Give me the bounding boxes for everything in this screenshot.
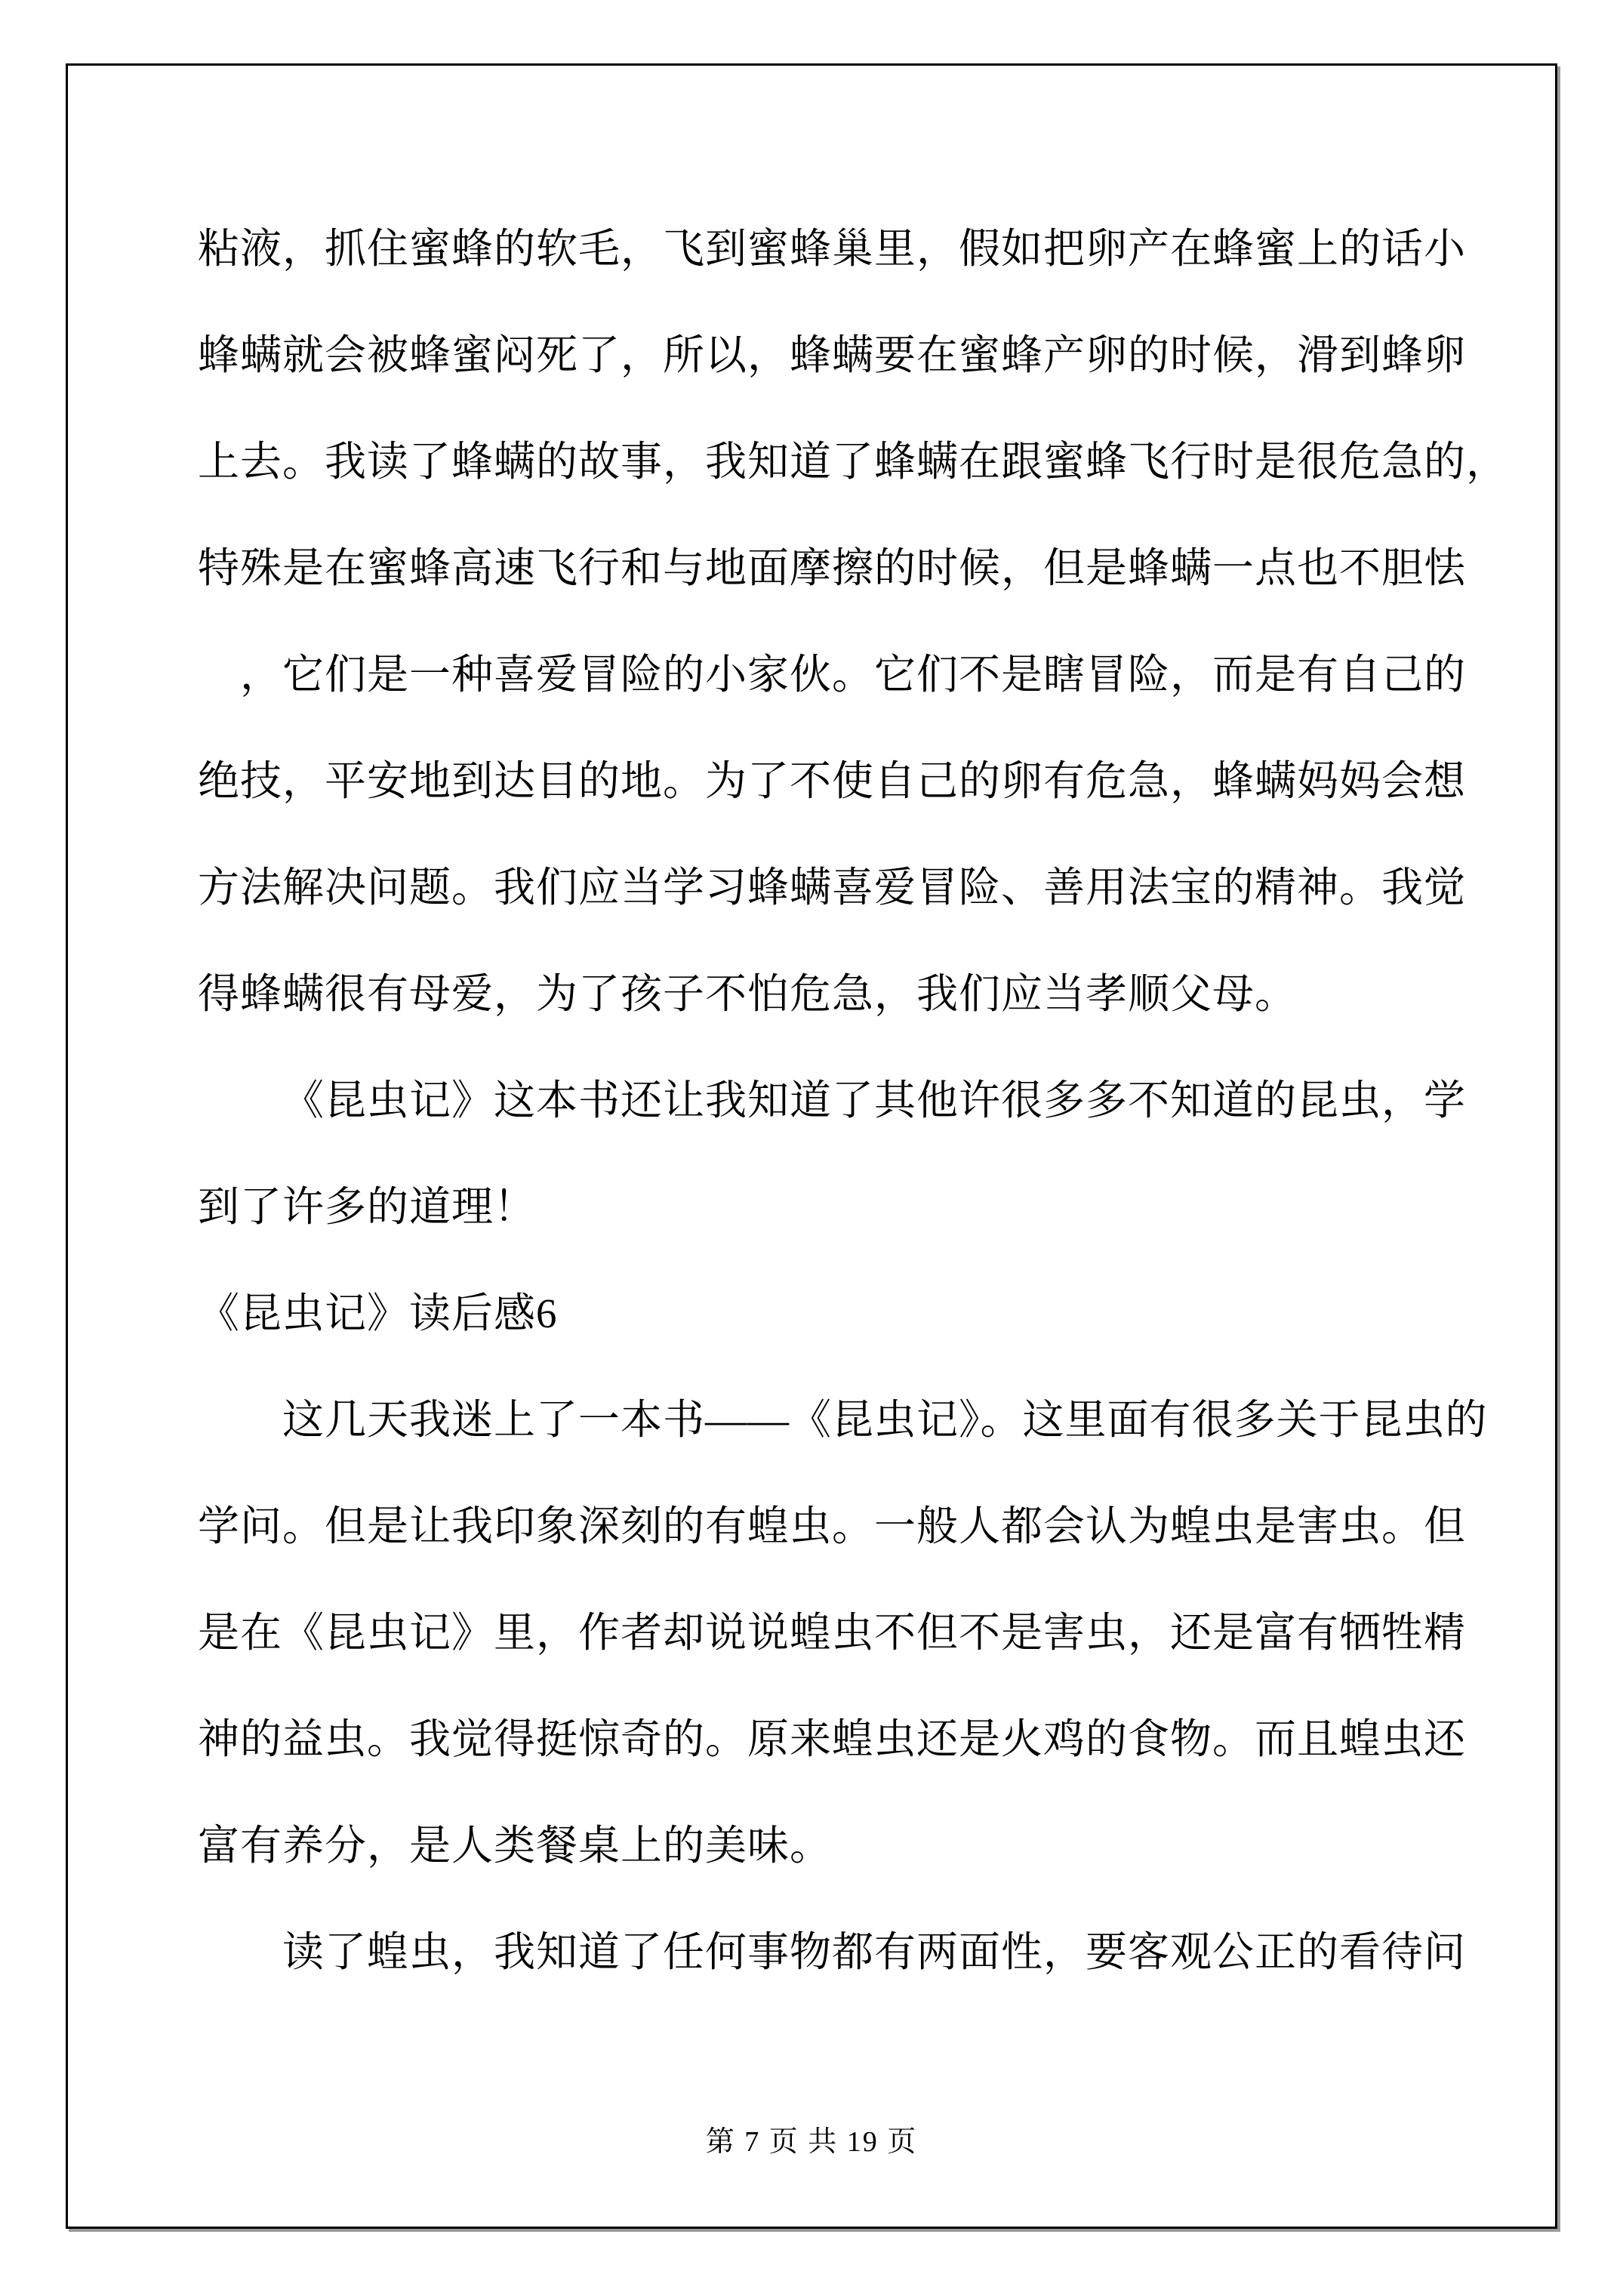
text-line: 上去。我读了蜂螨的故事，我知道了蜂螨在跟蜜蜂飞行时是很危急的， <box>198 408 1489 515</box>
section-heading: 《昆虫记》读后感6 <box>198 1260 1489 1367</box>
text-line: 粘液，抓住蜜蜂的软毛，飞到蜜蜂巢里，假如把卵产在蜂蜜上的话小 <box>198 196 1489 302</box>
essay-body: 粘液，抓住蜜蜂的软毛，飞到蜜蜂巢里，假如把卵产在蜂蜜上的话小 蜂螨就会被蜂蜜闷死… <box>198 196 1489 2005</box>
text-line-paragraph-start: 这几天我迷上了一本书——《昆虫记》。这里面有很多关于昆虫的 <box>198 1367 1489 1473</box>
text-line: 蜂螨就会被蜂蜜闷死了，所以，蜂螨要在蜜蜂产卵的时候，滑到蜂卵 <box>198 302 1489 408</box>
text-line: 绝技，平安地到达目的地。为了不使自己的卵有危急，蜂螨妈妈会想 <box>198 728 1489 834</box>
text-line-paragraph-start: 读了蝗虫，我知道了任何事物都有两面性，要客观公正的看待问 <box>198 1899 1489 2005</box>
page-number-footer: 第 7 页 共 19 页 <box>0 2125 1623 2159</box>
text-line: 学问。但是让我印象深刻的有蝗虫。一般人都会认为蝗虫是害虫。但 <box>198 1473 1489 1579</box>
text-line: 神的益虫。我觉得挺惊奇的。原来蝗虫还是火鸡的食物。而且蝗虫还 <box>198 1686 1489 1792</box>
text-line: 到了许多的道理！ <box>198 1154 1489 1260</box>
text-line-paragraph-start: 《昆虫记》这本书还让我知道了其他许很多多不知道的昆虫，学 <box>198 1047 1489 1154</box>
text-line: ，它们是一种喜爱冒险的小家伙。它们不是瞎冒险，而是有自己的 <box>198 621 1489 728</box>
text-line: 得蜂螨很有母爱，为了孩子不怕危急，我们应当孝顺父母。 <box>198 941 1489 1047</box>
text-line: 方法解决问题。我们应当学习蜂螨喜爱冒险、善用法宝的精神。我觉 <box>198 834 1489 941</box>
text-line: 特殊是在蜜蜂高速飞行和与地面摩擦的时候，但是蜂螨一点也不胆怯 <box>198 515 1489 621</box>
document-page: 粘液，抓住蜜蜂的软毛，飞到蜜蜂巢里，假如把卵产在蜂蜜上的话小 蜂螨就会被蜂蜜闷死… <box>0 0 1623 2296</box>
text-line: 富有养分，是人类餐桌上的美味。 <box>198 1792 1489 1899</box>
text-line: 是在《昆虫记》里，作者却说说蝗虫不但不是害虫，还是富有牺牲精 <box>198 1579 1489 1686</box>
